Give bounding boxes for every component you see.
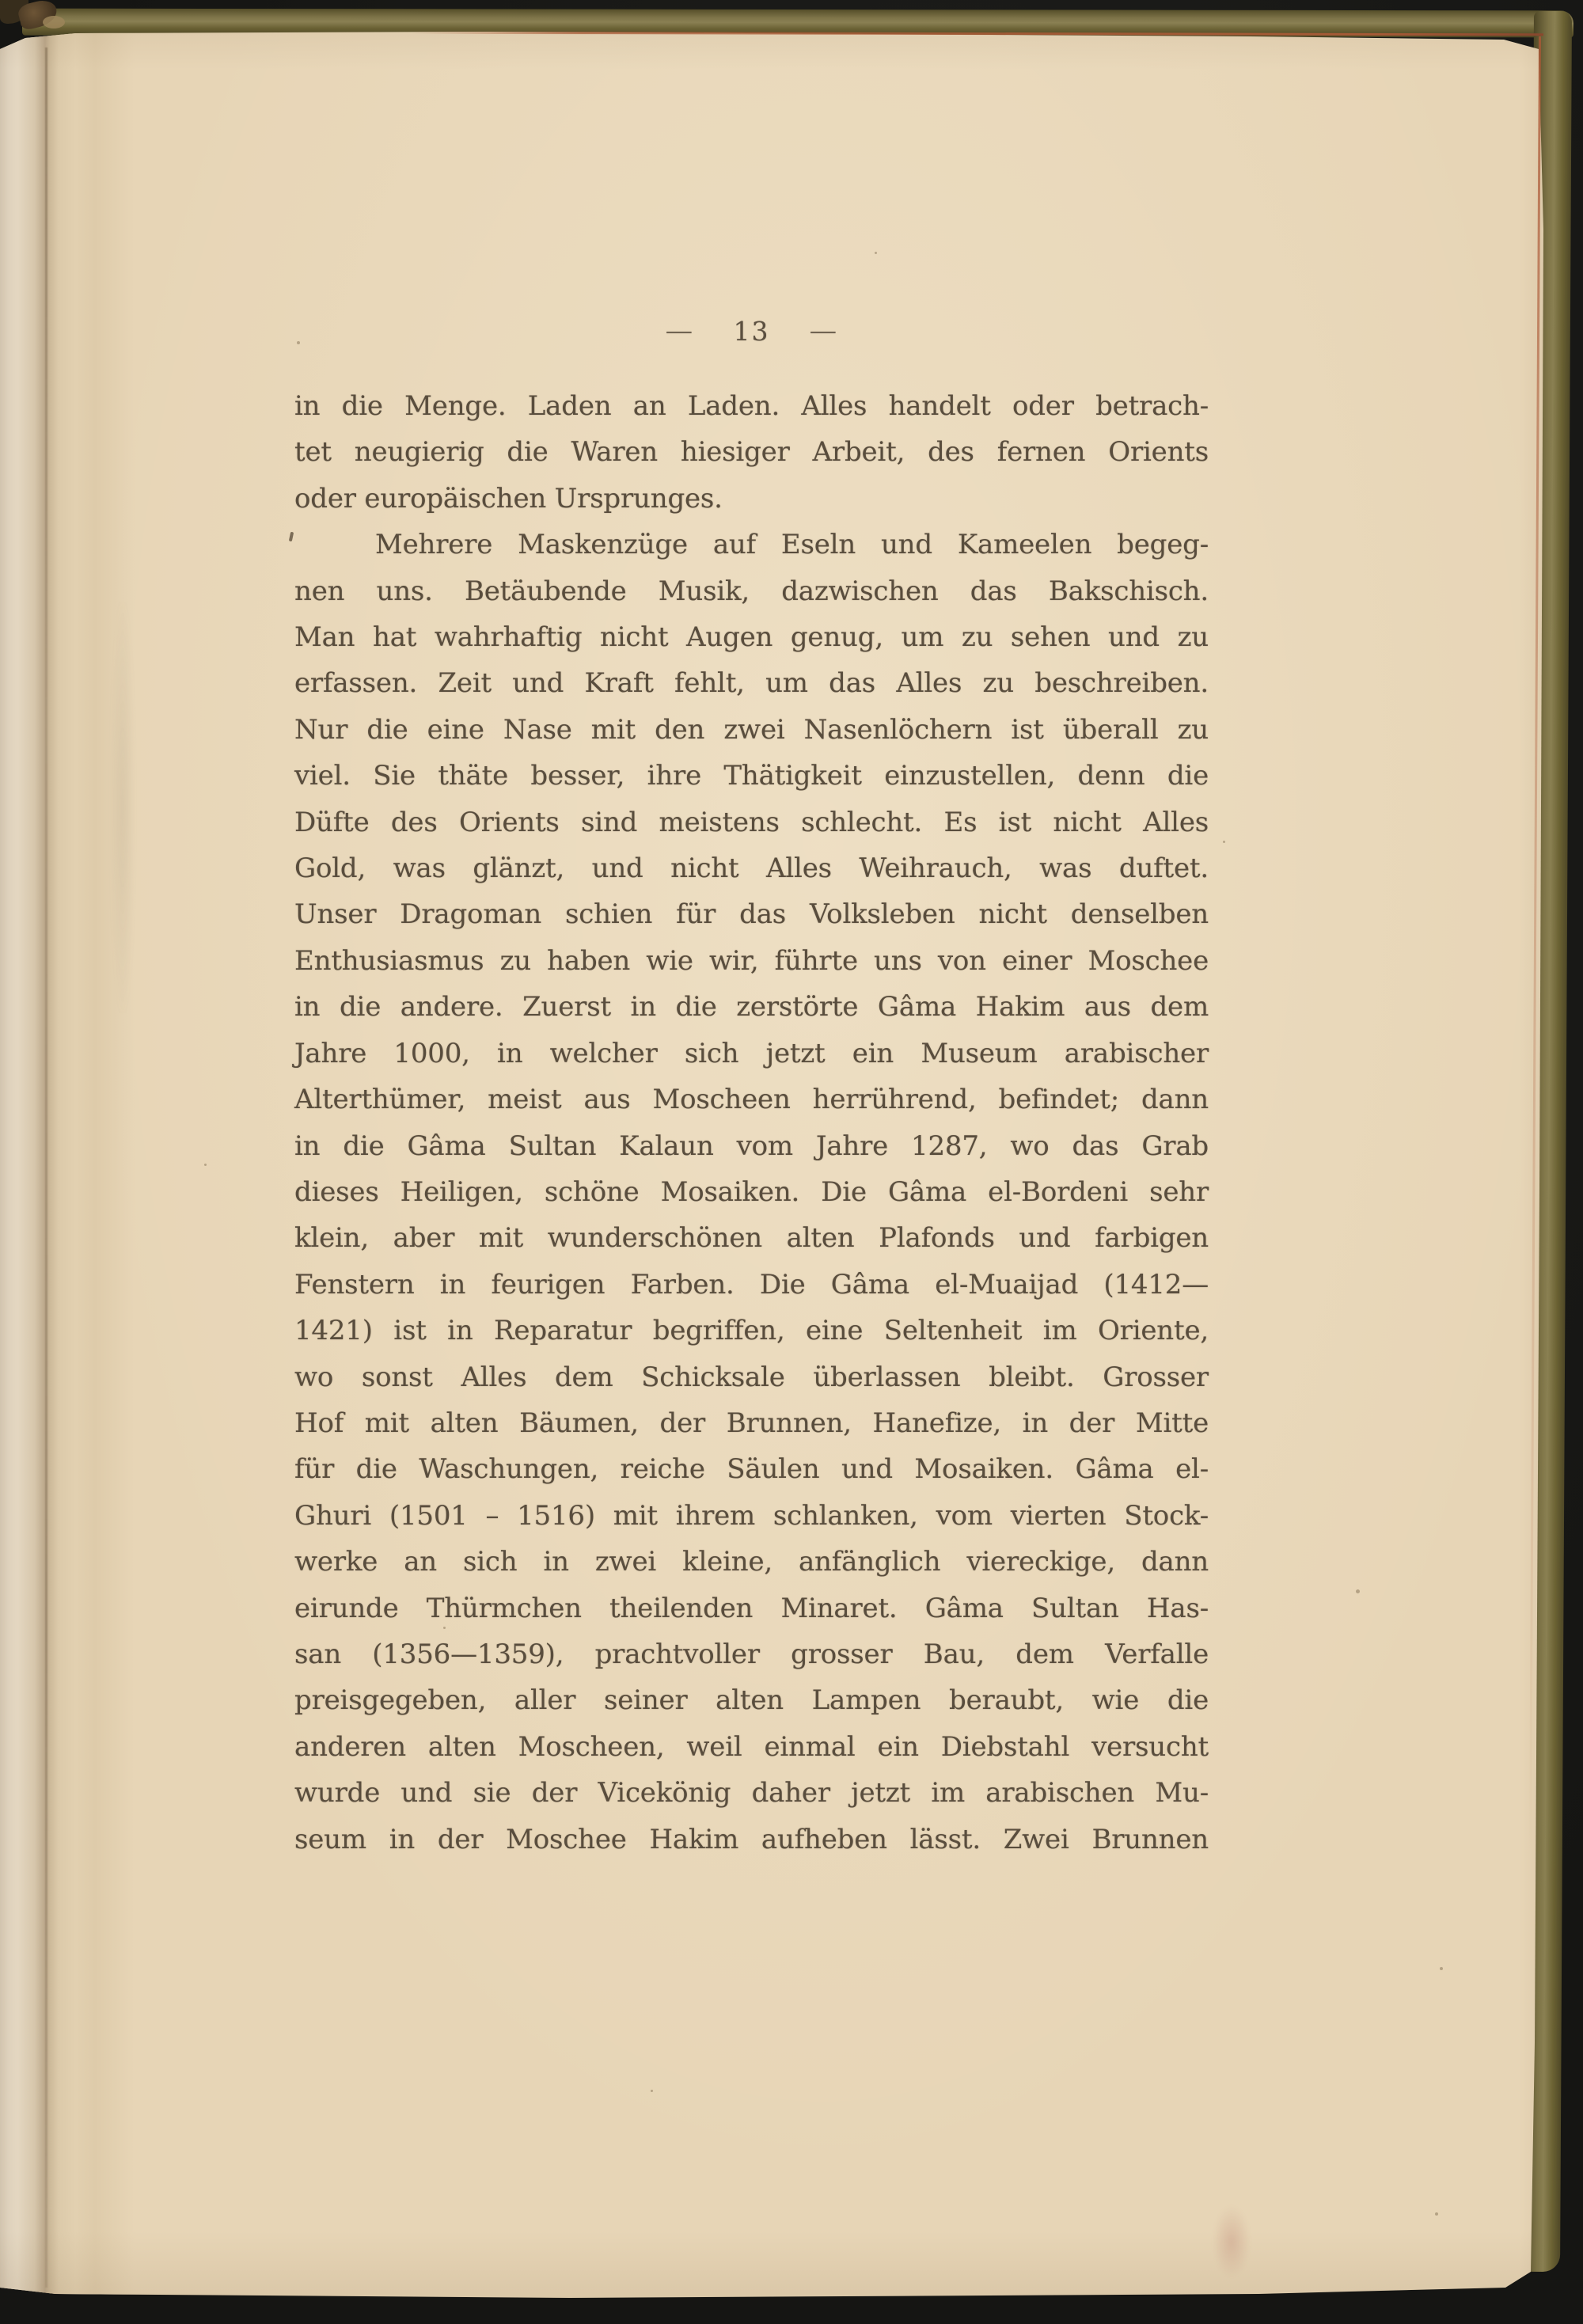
text-line: Alterthümer, meist aus Moscheen herrühre…: [294, 1077, 1209, 1122]
book-page: — 13 — in die Menge. Laden an Laden. All…: [0, 0, 1583, 2324]
text-line: viel. Sie thäte besser, ihre Thätigkeit …: [294, 753, 1209, 799]
text-line: Man hat wahrhaftig nicht Augen genug, um…: [294, 614, 1209, 660]
text-line: Nur die eine Nase mit den zwei Nasenlöch…: [294, 707, 1209, 753]
text-line: Gold, was glänzt, und nicht Alles Weihra…: [294, 845, 1209, 891]
binding-tuft: [43, 16, 65, 28]
text-line: Ghuri (1501 – 1516) mit ihrem schlanken,…: [294, 1493, 1209, 1539]
text-line: Jahre 1000, in welcher sich jetzt ein Mu…: [294, 1031, 1209, 1077]
text-line: wurde und sie der Vicekönig daher jetzt …: [294, 1770, 1209, 1816]
text-line: seum in der Moschee Hakim aufheben lässt…: [294, 1817, 1209, 1863]
text-line: in die andere. Zuerst in die zerstörte G…: [294, 984, 1209, 1030]
page-number: 13: [734, 316, 770, 347]
text-line: san (1356—1359), prachtvoller grosser Ba…: [294, 1631, 1209, 1677]
page-header: — 13 —: [294, 313, 1209, 348]
paper-speck: [1440, 1967, 1443, 1970]
paper-speck: [875, 252, 877, 254]
paper-speck: [1223, 841, 1225, 843]
text-line: werke an sich in zwei kleine, anfänglich…: [294, 1539, 1209, 1585]
text-line: tet neugierig die Waren hiesiger Arbeit,…: [294, 429, 1209, 475]
paper-speck: [1435, 2212, 1438, 2216]
text-line: Unser Dragoman schien für das Volksleben…: [294, 891, 1209, 937]
header-dash-right: —: [809, 317, 838, 345]
header-dash-left: —: [665, 317, 694, 345]
text-line: oder europäischen Ursprunges.: [294, 476, 1209, 522]
text-line: 1421) ist in Reparatur begriffen, eine S…: [294, 1308, 1209, 1354]
text-line: nen uns. Betäubende Musik, dazwischen da…: [294, 568, 1209, 614]
text-line: Düfte des Orients sind meistens schlecht…: [294, 799, 1209, 845]
text-line: erfassen. Zeit und Kraft fehlt, um das A…: [294, 660, 1209, 706]
text-line: in die Gâma Sultan Kalaun vom Jahre 1287…: [294, 1123, 1209, 1169]
binding-gutter-crease: [45, 47, 47, 2288]
text-line: Mehrere Maskenzüge auf Eseln und Kameele…: [294, 522, 1209, 568]
paper-smudge: [1213, 2205, 1251, 2278]
scanned-book-photo: — 13 — in die Menge. Laden an Laden. All…: [0, 0, 1583, 2324]
text-line: anderen alten Moscheen, weil einmal ein …: [294, 1724, 1209, 1770]
text-line: in die Menge. Laden an Laden. Alles hand…: [294, 383, 1209, 429]
text-line: dieses Heiligen, schöne Mosaiken. Die Gâ…: [294, 1169, 1209, 1215]
text-block: in die Menge. Laden an Laden. Alles hand…: [294, 383, 1209, 1863]
paper-speck: [651, 2090, 653, 2092]
text-line: klein, aber mit wunderschönen alten Plaf…: [294, 1215, 1209, 1261]
paper-speck: [297, 341, 300, 344]
text-line: eirunde Thürmchen theilenden Minaret. Gâ…: [294, 1585, 1209, 1631]
paper-speck: [1356, 1589, 1360, 1593]
text-line: wo sonst Alles dem Schicksale überlassen…: [294, 1354, 1209, 1400]
text-line: Enthusiasmus zu haben wie wir, führte un…: [294, 938, 1209, 984]
paper-speck: [443, 1627, 446, 1629]
text-line: Fenstern in feurigen Farben. Die Gâma el…: [294, 1262, 1209, 1308]
text-line: preisgegeben, aller seiner alten Lampen …: [294, 1677, 1209, 1723]
text-line: Hof mit alten Bäumen, der Brunnen, Hanef…: [294, 1400, 1209, 1446]
paper-speck: [204, 1164, 207, 1166]
ink-stray-mark: [289, 532, 294, 542]
text-line: für die Waschungen, reiche Säulen und Mo…: [294, 1446, 1209, 1492]
paper-smudge: [111, 602, 135, 1013]
